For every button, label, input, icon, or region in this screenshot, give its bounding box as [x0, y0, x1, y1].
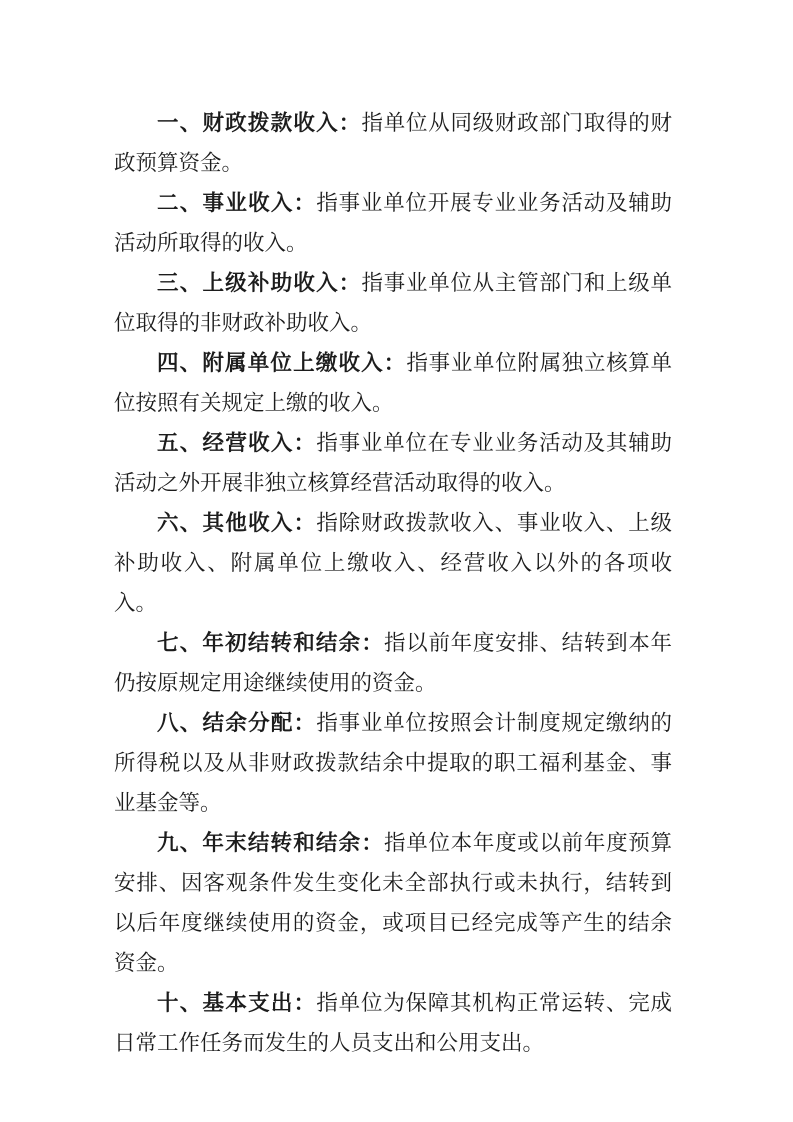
definition-paragraph: 八、结余分配：指事业单位按照会计制度规定缴纳的所得税以及从非财政拨款结余中提取的… [114, 703, 672, 823]
term-label: 七、年初结转和结余： [157, 631, 384, 655]
definition-paragraph: 七、年初结转和结余：指以前年度安排、结转到本年仍按原规定用途继续使用的资金。 [114, 623, 672, 703]
definition-paragraph: 五、经营收入：指事业单位在专业业务活动及其辅助活动之外开展非独立核算经营活动取得… [114, 423, 672, 503]
term-label: 二、事业收入： [157, 191, 316, 215]
term-label: 八、结余分配： [157, 711, 316, 735]
definition-paragraph: 一、财政拨款收入：指单位从同级财政部门取得的财政预算资金。 [114, 103, 672, 183]
definition-paragraph: 九、年末结转和结余：指单位本年度或以前年度预算安排、因客观条件发生变化未全部执行… [114, 823, 672, 983]
term-label: 九、年末结转和结余： [157, 831, 384, 855]
definition-paragraph: 二、事业收入：指事业单位开展专业业务活动及辅助活动所取得的收入。 [114, 183, 672, 263]
definition-paragraph: 四、附属单位上缴收入：指事业单位附属独立核算单位按照有关规定上缴的收入。 [114, 343, 672, 423]
definition-paragraph: 三、上级补助收入：指事业单位从主管部门和上级单位取得的非财政补助收入。 [114, 263, 672, 343]
document-content: 一、财政拨款收入：指单位从同级财政部门取得的财政预算资金。 二、事业收入：指事业… [114, 103, 672, 1063]
term-label: 三、上级补助收入： [157, 271, 362, 295]
term-label: 十、基本支出： [157, 991, 316, 1015]
term-label: 五、经营收入： [157, 431, 316, 455]
term-label: 一、财政拨款收入： [157, 111, 362, 135]
definition-paragraph: 六、其他收入：指除财政拨款收入、事业收入、上级补助收入、附属单位上缴收入、经营收… [114, 503, 672, 623]
term-label: 四、附属单位上缴收入： [157, 351, 407, 375]
definition-paragraph: 十、基本支出：指单位为保障其机构正常运转、完成日常工作任务而发生的人员支出和公用… [114, 983, 672, 1063]
term-label: 六、其他收入： [157, 511, 316, 535]
document-page: 一、财政拨款收入：指单位从同级财政部门取得的财政预算资金。 二、事业收入：指事业… [0, 0, 793, 1122]
